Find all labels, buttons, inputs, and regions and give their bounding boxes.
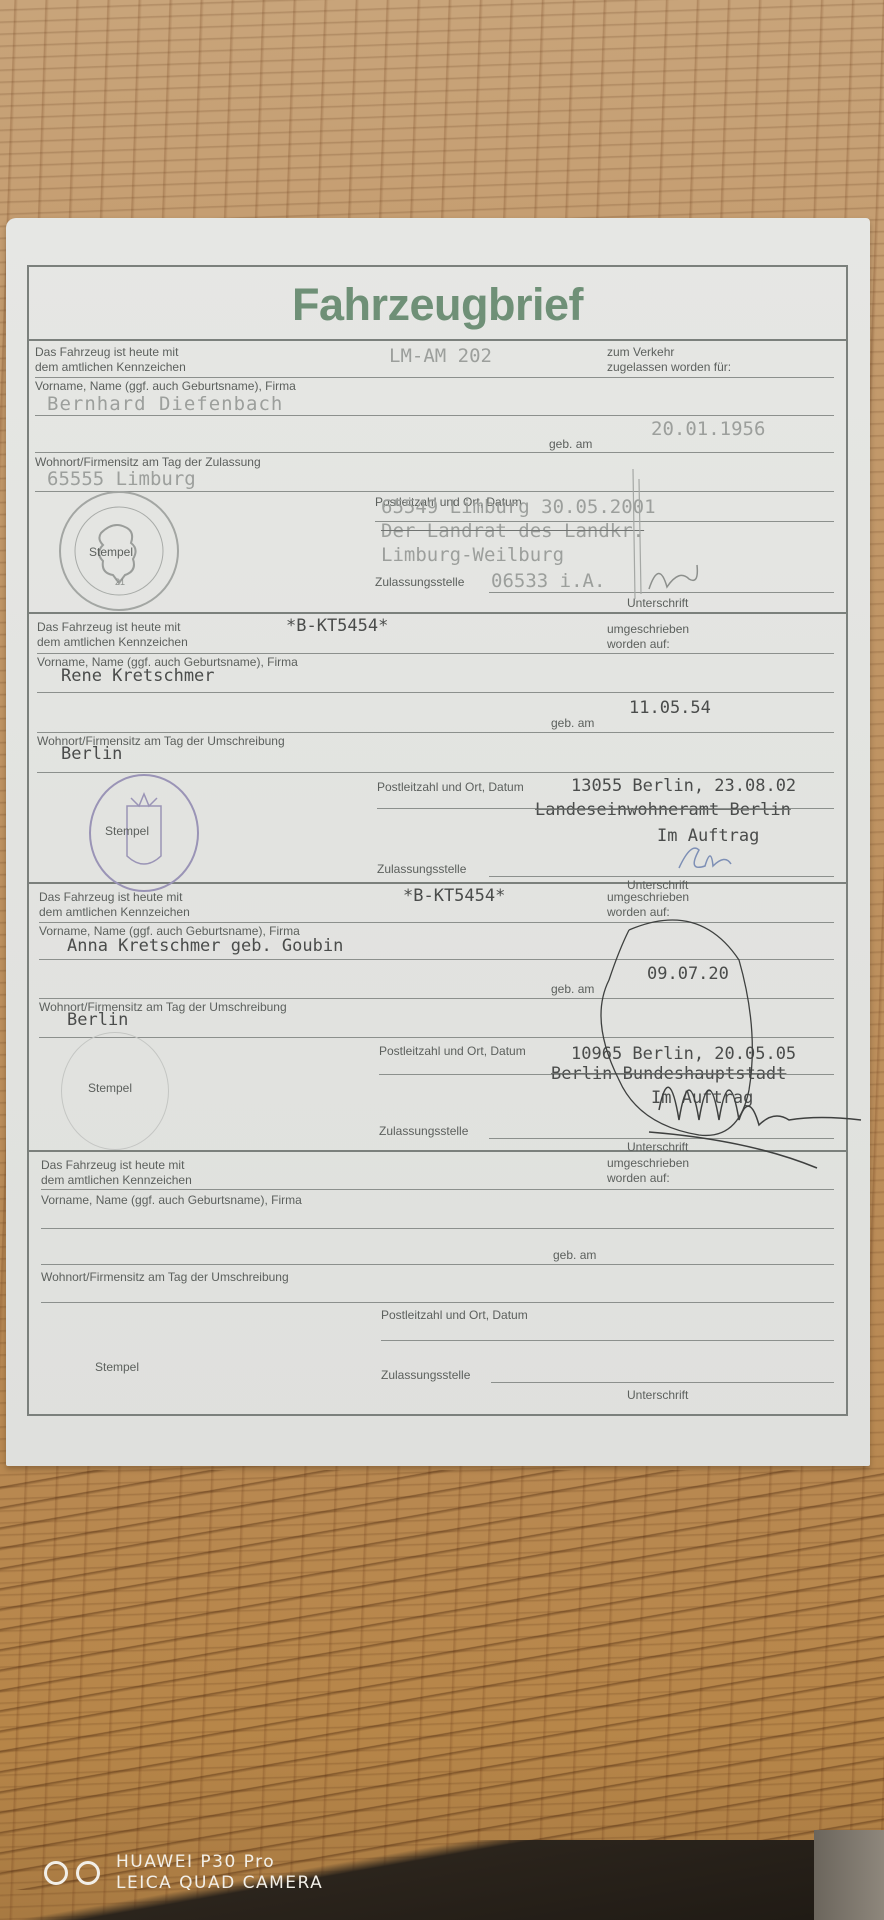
- owner-name: Bernhard Diefenbach: [47, 394, 283, 414]
- place-date: 65549 Limburg 30.05.2001: [381, 497, 656, 517]
- birth-date: 11.05.54: [629, 698, 711, 718]
- kennzeichen-label-2: dem amtlichen Kennzeichen: [39, 905, 190, 920]
- name-label: Vorname, Name (ggf. auch Geburtsname), F…: [41, 1193, 302, 1208]
- watermark-line-2: LEICA QUAD CAMERA: [116, 1873, 323, 1894]
- zulassungsstelle-label: Zulassungsstelle: [381, 1368, 470, 1383]
- kennzeichen-label-1: Das Fahrzeug ist heute mit: [35, 345, 178, 360]
- zulassungsstelle-label: Zulassungsstelle: [379, 1124, 468, 1139]
- rule: [37, 692, 834, 693]
- stempel-label: Stempel: [88, 1081, 132, 1095]
- verkehr-label-2: zugelassen worden für:: [607, 360, 731, 375]
- kennzeichen-label-1: Das Fahrzeug ist heute mit: [37, 620, 180, 635]
- umgeschrieben-label-2: worden auf:: [607, 1171, 670, 1186]
- plate-number: *B-KT5454*: [286, 616, 388, 636]
- rule: [37, 653, 834, 654]
- kennzeichen-label-1: Das Fahrzeug ist heute mit: [41, 1158, 184, 1173]
- rule: [37, 772, 834, 773]
- cloth-corner: [814, 1830, 884, 1920]
- authority-line-2: Limburg-Weilburg: [381, 545, 564, 565]
- plz-ort-datum-label: Postleitzahl und Ort, Datum: [377, 780, 524, 795]
- rule: [491, 1382, 834, 1383]
- faded-stamp: Stempel: [61, 1032, 169, 1150]
- plate-number: LM-AM 202: [389, 346, 492, 366]
- plz-ort-datum-label: Postleitzahl und Ort, Datum: [379, 1044, 526, 1059]
- vehicle-registration-document: Fahrzeugbrief Das Fahrzeug ist heute mit…: [6, 218, 870, 1466]
- authority-line-1: Der Landrat des Landkr.: [381, 521, 644, 541]
- rule: [35, 377, 834, 378]
- wood-grain: [0, 1470, 884, 1890]
- place-date: 13055 Berlin, 23.08.02: [571, 776, 796, 796]
- residence: Berlin: [67, 1010, 128, 1030]
- owner-name: Anna Kretschmer geb. Goubin: [67, 936, 343, 956]
- verkehr-label-1: zum Verkehr: [607, 345, 674, 360]
- watermark-line-1: HUAWEI P30 Pro: [116, 1852, 323, 1873]
- wohnort-label: Wohnort/Firmensitz am Tag der Umschreibu…: [41, 1270, 289, 1285]
- kennzeichen-label-2: dem amtlichen Kennzeichen: [41, 1173, 192, 1188]
- rule: [381, 1340, 834, 1341]
- geb-am-label: geb. am: [551, 716, 594, 731]
- form-frame: Fahrzeugbrief Das Fahrzeug ist heute mit…: [27, 265, 848, 1416]
- umgeschrieben-label-1: umgeschrieben: [607, 622, 689, 637]
- geb-am-label: geb. am: [549, 437, 592, 452]
- title-band: Fahrzeugbrief: [29, 267, 846, 341]
- registration-section-4: Das Fahrzeug ist heute mit dem amtlichen…: [29, 1152, 846, 1416]
- camera-watermark: HUAWEI P30 Pro LEICA QUAD CAMERA: [44, 1852, 323, 1894]
- zulassungsstelle-label: Zulassungsstelle: [375, 575, 464, 590]
- registration-section-3: Das Fahrzeug ist heute mit dem amtlichen…: [29, 884, 846, 1152]
- document-title: Fahrzeugbrief: [292, 279, 583, 331]
- leica-rings-icon: [44, 1861, 100, 1885]
- plz-ort-datum-label: Postleitzahl und Ort, Datum: [381, 1308, 528, 1323]
- rule: [41, 1228, 834, 1229]
- umgeschrieben-label-1: umgeschrieben: [607, 890, 689, 905]
- berlin-einwohneramt-stamp: Stempel: [89, 774, 199, 892]
- zulassungsstelle-value: 06533 i.A.: [491, 571, 605, 591]
- authority-line-1: Landeseinwohneramt Berlin: [535, 800, 791, 820]
- rule: [37, 732, 834, 733]
- stempel-label: Stempel: [89, 545, 133, 559]
- stempel-label: Stempel: [95, 1360, 139, 1375]
- svg-text:21: 21: [115, 577, 125, 587]
- limburg-official-stamp: 21 Stempel: [59, 491, 179, 611]
- rule: [41, 1302, 834, 1303]
- signature-2: [669, 836, 759, 876]
- birth-date: 20.01.1956: [651, 419, 765, 439]
- registration-section-1: Das Fahrzeug ist heute mit dem amtlichen…: [29, 339, 846, 614]
- owner-name: Rene Kretschmer: [61, 666, 215, 686]
- kennzeichen-label-2: dem amtlichen Kennzeichen: [37, 635, 188, 650]
- kennzeichen-label-1: Das Fahrzeug ist heute mit: [39, 890, 182, 905]
- rule: [35, 415, 834, 416]
- signature-1: [619, 469, 759, 609]
- rule: [35, 452, 834, 453]
- geb-am-label: geb. am: [553, 1248, 596, 1263]
- rule: [489, 876, 834, 877]
- stempel-label: Stempel: [105, 824, 149, 838]
- registration-section-2: Das Fahrzeug ist heute mit dem amtlichen…: [29, 614, 846, 884]
- rule: [41, 1189, 834, 1190]
- kennzeichen-label-2: dem amtlichen Kennzeichen: [35, 360, 186, 375]
- residence: 65555 Limburg: [47, 469, 196, 489]
- signature-3: [549, 910, 869, 1170]
- umgeschrieben-label-2: worden auf:: [607, 637, 670, 652]
- plate-number: *B-KT5454*: [403, 886, 505, 906]
- name-label: Vorname, Name (ggf. auch Geburtsname), F…: [35, 379, 296, 394]
- rule: [41, 1264, 834, 1265]
- residence: Berlin: [61, 744, 122, 764]
- unterschrift-label: Unterschrift: [627, 1388, 688, 1403]
- umgeschrieben-label-1: umgeschrieben: [607, 1156, 689, 1171]
- zulassungsstelle-label: Zulassungsstelle: [377, 862, 466, 877]
